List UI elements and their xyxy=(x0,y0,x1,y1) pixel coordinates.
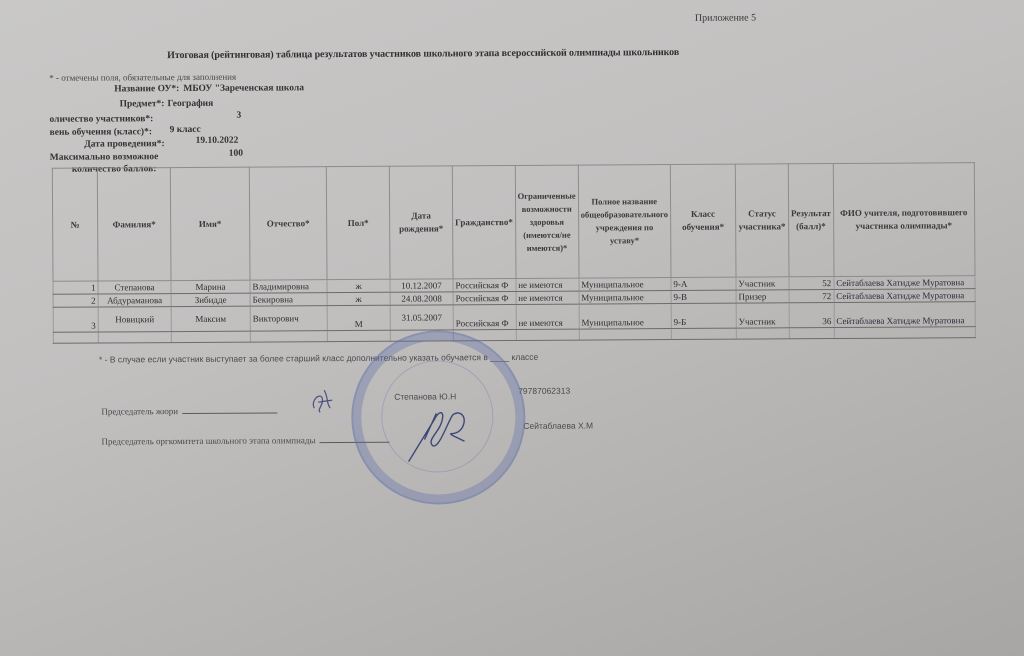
col-header-health: Ограниченные возможности здоровья (имеют… xyxy=(515,165,579,278)
cell-grade: 9-Б xyxy=(671,303,736,328)
col-header-teacher: ФИО учителя, подготовившего участника ол… xyxy=(833,163,975,277)
jury-signature-icon xyxy=(306,386,336,416)
col-header-sex: Пол* xyxy=(326,166,390,279)
col-header-first-name: Имя* xyxy=(170,167,250,280)
cell-grade: 9-В xyxy=(671,290,736,303)
cell-number: 3 xyxy=(53,307,98,332)
cell-first-name: Максим xyxy=(171,306,250,331)
col-header-score: Результат (балл)* xyxy=(788,164,833,277)
cell-status: Участник xyxy=(736,277,789,290)
date-label: Дата проведения*: xyxy=(60,139,165,150)
cell-sex: ж xyxy=(327,279,390,292)
cell-patronymic: Владимировна xyxy=(250,280,327,293)
cell-birth-date: 10.12.2007 xyxy=(390,279,453,292)
required-fields-note: * - отмечены поля, обязательные для запо… xyxy=(49,72,236,83)
cell-patronymic: Бекировна xyxy=(250,293,327,306)
subject-value: География xyxy=(167,99,213,109)
cell-score: 72 xyxy=(789,290,834,303)
max-score-value: 100 xyxy=(229,149,243,159)
cell-number: 2 xyxy=(53,294,98,307)
cell-teacher: Сейтаблаева Хатидже Муратовна xyxy=(834,276,975,290)
school-label: Название ОУ*: xyxy=(59,84,179,95)
org-chair-row: Председатель оргкомитета школьного этапа… xyxy=(101,433,389,447)
cell-citizenship: Российская Ф xyxy=(453,291,516,304)
document-page: Приложение 5 Итоговая (рейтинговая) табл… xyxy=(0,0,1024,656)
cell-patronymic: Викторович xyxy=(250,306,327,331)
cell-score: 36 xyxy=(789,303,834,328)
cell-school: Муниципальное xyxy=(579,304,671,330)
col-header-status: Статус участника* xyxy=(735,164,789,277)
cell-health: не имеются xyxy=(516,304,579,329)
col-header-school: Полное название общеобразовательного учр… xyxy=(578,165,671,279)
max-score-label: Максимально возможное xyxy=(50,152,159,163)
grade-value: 9 класс xyxy=(170,125,201,135)
cell-status: Участник xyxy=(736,303,789,328)
col-header-patronymic: Отчество* xyxy=(249,167,327,280)
jury-chair-phone: 79787062313 xyxy=(518,386,570,396)
cell-health: не имеются xyxy=(516,278,579,291)
results-table: № Фамилия* Имя* Отчество* Пол* Дата рожд… xyxy=(52,162,976,344)
cell-citizenship: Российская Ф xyxy=(453,304,516,329)
col-header-grade: Класс обучения* xyxy=(670,164,736,277)
participants-value: 3 xyxy=(236,111,241,121)
cell-grade: 9-А xyxy=(671,277,736,290)
document-title: Итоговая (рейтинговая) таблица результат… xyxy=(167,47,679,61)
cell-teacher: Сейтаблаева Хатидже Муратовна xyxy=(834,302,975,328)
subject-label: Предмет*: xyxy=(59,99,164,110)
cell-first-name: Зибидде xyxy=(171,293,250,306)
col-header-birth-date: Дата рождения* xyxy=(389,166,453,279)
jury-chair-row: Председатель жюри xyxy=(101,403,277,416)
grade-label: вень обучения (класс)*: xyxy=(50,127,152,138)
col-header-last-name: Фамилия* xyxy=(97,168,171,281)
date-value: 19.10.2022 xyxy=(196,136,239,146)
col-header-citizenship: Гражданство* xyxy=(452,165,515,278)
cell-score: 52 xyxy=(789,277,834,290)
appendix-label: Приложение 5 xyxy=(695,13,756,24)
cell-sex: ж xyxy=(327,292,390,305)
participants-label: оличество участников*: xyxy=(49,114,153,125)
table-header-row: № Фамилия* Имя* Отчество* Пол* Дата рожд… xyxy=(52,163,974,282)
cell-first-name: Марина xyxy=(171,280,250,293)
cell-last-name: Новицкий xyxy=(98,307,171,332)
cell-citizenship: Российская Ф xyxy=(453,278,516,291)
signature-line xyxy=(182,403,277,414)
cell-school: Муниципальное xyxy=(579,278,671,292)
school-value: МБОУ "Зареченская школа xyxy=(183,83,304,94)
cell-health: не имеются xyxy=(516,291,579,304)
cell-school: Муниципальное xyxy=(579,291,671,305)
cell-teacher: Сейтаблаева Хатидже Муратовна xyxy=(834,289,975,303)
cell-birth-date: 31.05.2007 xyxy=(390,305,453,330)
col-header-number: № xyxy=(52,168,98,281)
org-chair-label: Председатель оргкомитета школьного этапа… xyxy=(101,435,315,446)
org-chair-name: Сейтаблаева Х.М xyxy=(523,421,593,431)
cell-last-name: Абдураманова xyxy=(98,294,171,307)
org-signature-icon xyxy=(406,405,476,465)
cell-last-name: Степанова xyxy=(98,281,171,294)
cell-status: Призер xyxy=(736,290,789,303)
cell-number: 1 xyxy=(53,281,98,294)
jury-chair-label: Председатель жюри xyxy=(101,406,178,416)
cell-birth-date: 24.08.2008 xyxy=(390,292,453,305)
cell-sex: М xyxy=(327,305,390,330)
